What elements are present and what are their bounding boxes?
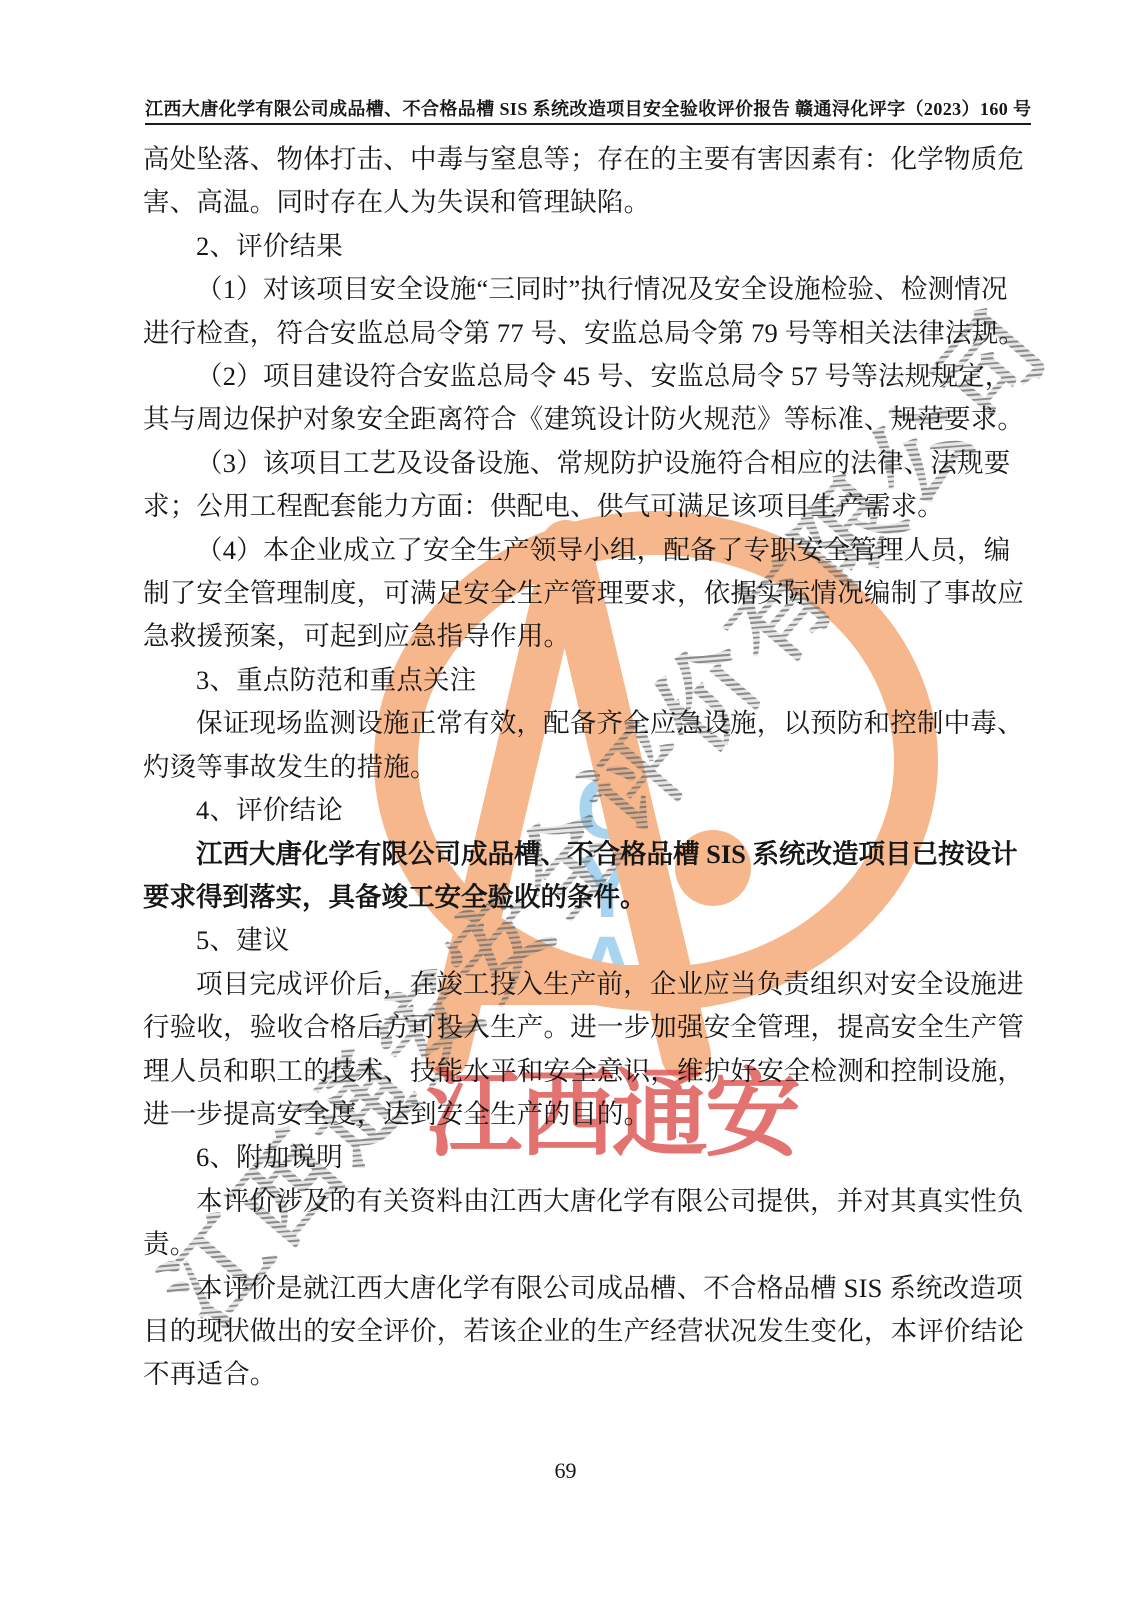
body-line: 保证现场监测设施正常有效，配备齐全应急设施，以预防和控制中毒、	[143, 702, 1025, 745]
body-line: 2、评价结果	[143, 225, 1025, 268]
body-line: （4）本企业成立了安全生产领导小组，配备了专职安全管理人员，编	[143, 529, 1025, 572]
body-line: 本评价是就江西大唐化学有限公司成品槽、不合格品槽 SIS 系统改造项	[143, 1267, 1025, 1310]
body-line: 害、高温。同时存在人为失误和管理缺陷。	[143, 181, 1025, 224]
body-line: 不再适合。	[143, 1353, 1025, 1396]
body-line: （1）对该项目安全设施“三同时”执行情况及安全设施检验、检测情况	[143, 268, 1025, 311]
page-content: 江西大唐化学有限公司成品槽、不合格品槽 SIS 系统改造项目安全验收评价报告 赣…	[0, 0, 1131, 1600]
body-line: 责。	[143, 1223, 1025, 1266]
body-line: 行验收，验收合格后方可投入生产。进一步加强安全管理，提高安全生产管	[143, 1006, 1025, 1049]
document-header: 江西大唐化学有限公司成品槽、不合格品槽 SIS 系统改造项目安全验收评价报告 赣…	[145, 95, 1031, 125]
body-line: 6、附加说明	[143, 1136, 1025, 1179]
body-line: 制了安全管理制度，可满足安全生产管理要求，依据实际情况编制了事故应	[143, 572, 1025, 615]
body-line: 江西大唐化学有限公司成品槽、不合格品槽 SIS 系统改造项目已按设计	[143, 833, 1025, 876]
body-text: 高处坠落、物体打击、中毒与窒息等；存在的主要有害因素有：化学物质危害、高温。同时…	[143, 138, 1025, 1397]
body-line: 灼烫等事故发生的措施。	[143, 746, 1025, 789]
body-line: 项目完成评价后，在竣工投入生产前，企业应当负责组织对安全设施进	[143, 963, 1025, 1006]
body-line: （2）项目建设符合安监总局令 45 号、安监总局令 57 号等法规规定，	[143, 355, 1025, 398]
body-line: 3、重点防范和重点关注	[143, 659, 1025, 702]
body-line: 高处坠落、物体打击、中毒与窒息等；存在的主要有害因素有：化学物质危	[143, 138, 1025, 181]
body-line: 进一步提高安全度，达到安全生产的目的。	[143, 1093, 1025, 1136]
body-line: 进行检查，符合安监总局令第 77 号、安监总局令第 79 号等相关法律法规。	[143, 312, 1025, 355]
body-line: 急救援预案，可起到应急指导作用。	[143, 615, 1025, 658]
body-line: 4、评价结论	[143, 789, 1025, 832]
body-line: 其与周边保护对象安全距离符合《建筑设计防火规范》等标准、规范要求。	[143, 398, 1025, 441]
body-line: 本评价涉及的有关资料由江西大唐化学有限公司提供，并对其真实性负	[143, 1180, 1025, 1223]
body-line: 理人员和职工的技术、技能水平和安全意识，维护好安全检测和控制设施，	[143, 1050, 1025, 1093]
body-line: 目的现状做出的安全评价，若该企业的生产经营状况发生变化，本评价结论	[143, 1310, 1025, 1353]
body-line: （3）该项目工艺及设备设施、常规防护设施符合相应的法律、法规要	[143, 442, 1025, 485]
body-line: 求；公用工程配套能力方面：供配电、供气可满足该项目生产需求。	[143, 485, 1025, 528]
page-number: 69	[0, 1458, 1131, 1484]
body-line: 要求得到落实，具备竣工安全验收的条件。	[143, 876, 1025, 919]
document-page: C Y A 江西通安安全评价有限公司 江西通安 江西大唐化学有限公司成品槽、不合…	[0, 0, 1131, 1600]
body-line: 5、建议	[143, 919, 1025, 962]
